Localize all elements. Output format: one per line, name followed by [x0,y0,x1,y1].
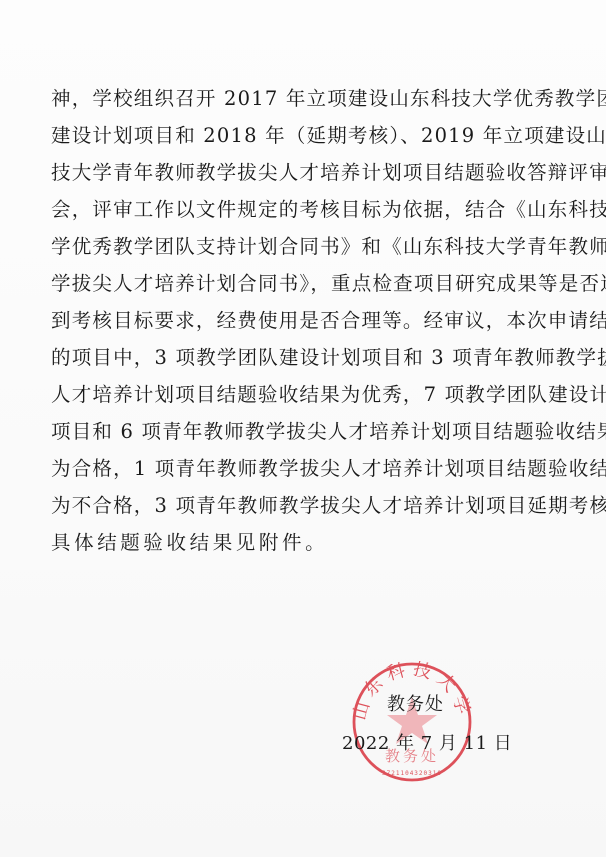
svg-text:3721104320310: 3721104320310 [382,770,442,777]
paragraph-line: 神，学校组织召开 2017 年立项建设山东科技大学优秀教学团队 [51,80,555,117]
paragraph-line: 会，评审工作以文件规定的考核目标为依据，结合《山东科技大 [51,191,555,228]
paragraph-line: 项目和 6 项青年教师教学拔尖人才培养计划项目结题验收结果 [51,413,555,450]
paragraph-line: 学优秀教学团队支持计划合同书》和《山东科技大学青年教师教 [51,228,555,265]
signing-department: 教务处 [387,690,444,716]
document-body: 神，学校组织召开 2017 年立项建设山东科技大学优秀教学团队 建设计划项目和 … [51,80,555,561]
paragraph-line: 为合格，1 项青年教师教学拔尖人才培养计划项目结题验收结果 [51,450,555,487]
official-seal-icon: 山东科技大学 教务处 3721104320310 [351,661,473,783]
paragraph-line: 人才培养计划项目结题验收结果为优秀，7 项教学团队建设计划 [51,376,555,413]
paragraph-line: 为不合格，3 项青年教师教学拔尖人才培养计划项目延期考核。 [51,487,555,524]
document-page: 神，学校组织召开 2017 年立项建设山东科技大学优秀教学团队 建设计划项目和 … [0,0,606,857]
paragraph-line: 技大学青年教师教学拔尖人才培养计划项目结题验收答辩评审 [51,154,555,191]
paragraph-line: 学拔尖人才培养计划合同书》，重点检查项目研究成果等是否达 [51,265,555,302]
paragraph-line: 具体结题验收结果见附件。 [51,524,555,561]
paragraph-line: 建设计划项目和 2018 年（延期考核）、2019 年立项建设山东科 [51,117,555,154]
paragraph-line: 到考核目标要求，经费使用是否合理等。经审议，本次申请结题 [51,302,555,339]
signing-date: 2022 年 7 月 11 日 [342,729,512,755]
paragraph-line: 的项目中，3 项教学团队建设计划项目和 3 项青年教师教学拔尖 [51,339,555,376]
